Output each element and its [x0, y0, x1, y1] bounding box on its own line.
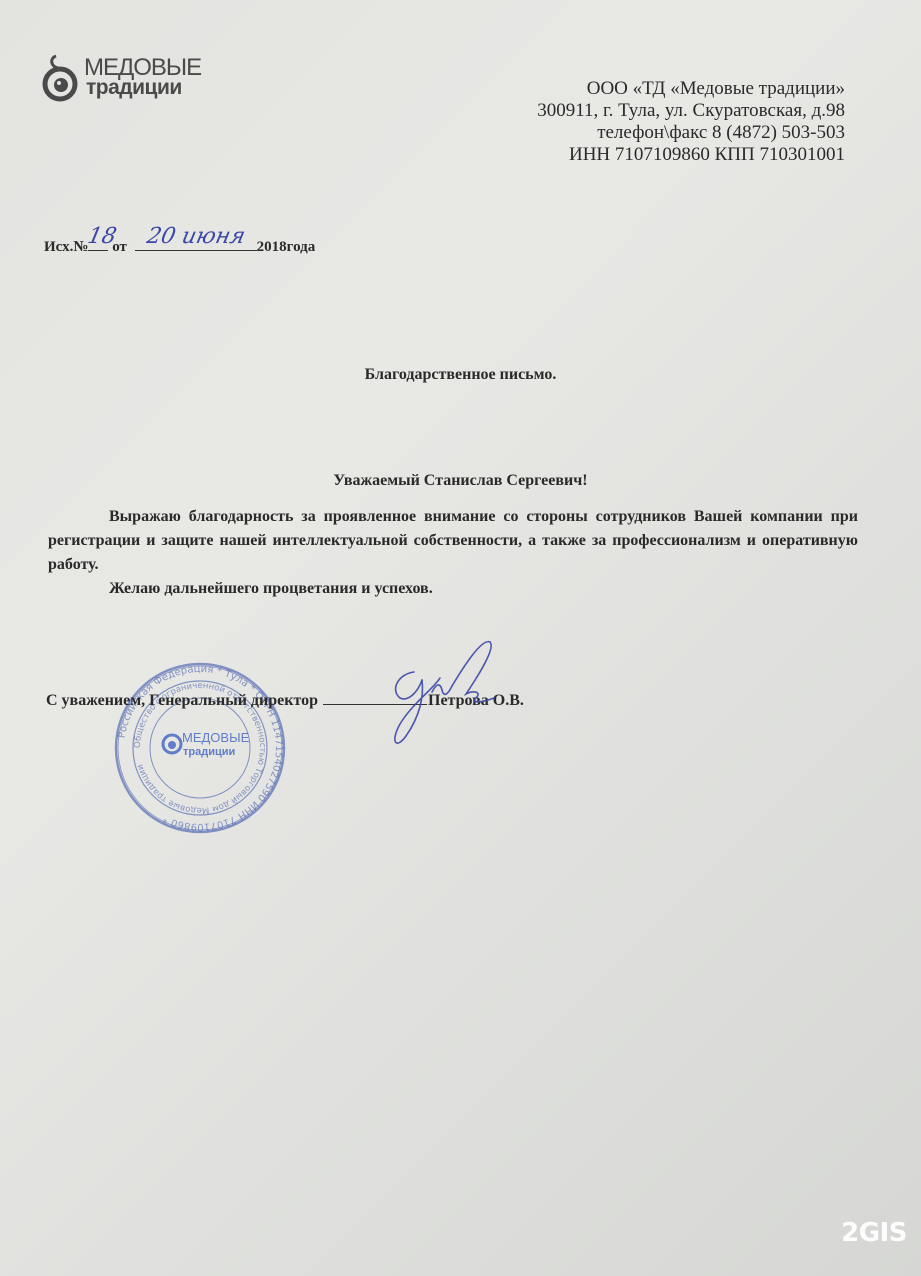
company-seal-stamp: Российская Федерация * Тула * ОГРН 11471… [110, 662, 290, 834]
letter-greeting: Уважаемый Станислав Сергеевич! [0, 472, 921, 490]
letter-paragraph-2: Желаю дальнейшего процветания и успехов. [48, 577, 858, 601]
reference-date: 20 июня [132, 224, 259, 249]
company-name: ООО «ТД «Медовые традиции» [537, 78, 845, 100]
company-logo: МЕДОВЫЕ традиции [42, 52, 242, 106]
company-tax-ids: ИНН 7107109860 КПП 710301001 [537, 144, 845, 166]
reference-prefix: Исх.№ [44, 239, 88, 255]
company-address: 300911, г. Тула, ул. Скуратовская, д.98 [537, 100, 845, 122]
closing-phrase: С уважением, Генеральный директор [46, 692, 318, 709]
reference-number: 18 [86, 224, 111, 249]
letter-body: Выражаю благодарность за проявленное вни… [48, 505, 858, 601]
outgoing-reference: Исх.№18 от 20 июня2018года [44, 232, 315, 256]
letter-title: Благодарственное письмо. [0, 366, 921, 384]
company-requisites: ООО «ТД «Медовые традиции» 300911, г. Ту… [537, 78, 845, 166]
reference-number-field: 18 [88, 232, 108, 251]
stamp-logo-line2: традиции [183, 746, 235, 758]
handwritten-signature [378, 632, 498, 752]
logo-text-line2: традиции [86, 76, 182, 100]
reference-date-field: 20 июня [135, 232, 257, 251]
reference-year: 2018года [257, 239, 316, 255]
company-phone: телефон\факс 8 (4872) 503-503 [537, 122, 845, 144]
2gis-watermark: 2GIS [841, 1218, 907, 1248]
stamp-logo-line1: МЕДОВЫЕ [182, 730, 250, 745]
honey-drop-logo-icon [42, 52, 82, 106]
letter-paragraph-1: Выражаю благодарность за проявленное вни… [48, 505, 858, 577]
